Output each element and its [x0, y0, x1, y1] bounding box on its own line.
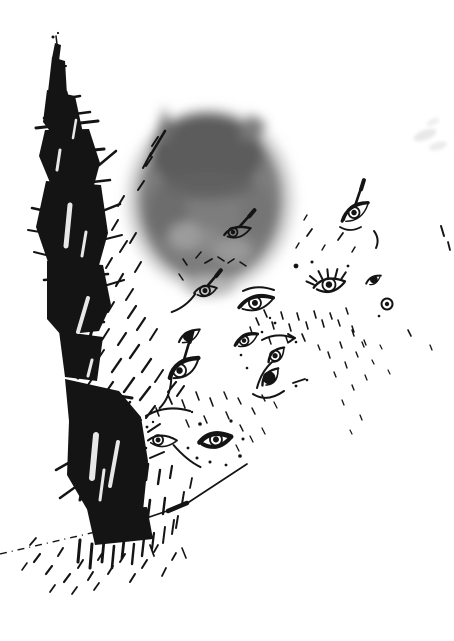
ink-speck	[311, 261, 314, 264]
ink-tick	[314, 311, 316, 318]
eye-wing-tip	[358, 180, 367, 189]
eye-iris	[370, 276, 378, 284]
tower-scribble	[56, 36, 57, 44]
ink-tick	[204, 416, 207, 423]
ink-speck	[52, 36, 55, 39]
eye-pupil	[251, 299, 258, 306]
ink-tick	[210, 398, 213, 406]
ink-tick	[334, 372, 336, 377]
ink-tick	[293, 379, 305, 383]
ink-speck	[225, 464, 228, 467]
scanned-illustration-page	[0, 0, 454, 641]
ink-tick	[430, 345, 432, 350]
ink-speck	[209, 461, 212, 464]
eye-sketch	[365, 274, 383, 286]
ink-tick	[128, 306, 136, 318]
ink-tick	[352, 385, 354, 390]
ink-speck	[347, 265, 350, 268]
ink-tick	[269, 338, 271, 344]
ink-speck	[229, 419, 232, 422]
ink-tick	[170, 466, 172, 478]
ink-tick	[296, 243, 299, 248]
eye-pupil	[325, 281, 332, 288]
ink-speck	[146, 426, 149, 429]
ink-tick	[441, 226, 444, 236]
ink-tick	[158, 470, 160, 484]
ink-tick	[340, 342, 342, 348]
faint-smudge	[412, 126, 438, 144]
blob-shade	[241, 186, 273, 238]
eye-spike-lash	[341, 272, 347, 278]
stray-curve	[374, 231, 378, 248]
ink-speck	[269, 317, 271, 319]
ink-tick	[102, 329, 109, 340]
ink-tick	[186, 420, 189, 427]
ink-tick	[58, 548, 63, 556]
tower-scribble	[148, 424, 160, 432]
eye-spike-lash	[327, 269, 328, 277]
ink-tick	[64, 574, 70, 582]
faint-smudge	[428, 140, 447, 152]
eye-spike-lash	[306, 281, 313, 286]
ink-tick	[182, 400, 185, 408]
ink-tick	[148, 500, 150, 516]
tower-scribble	[98, 151, 116, 166]
ink-speck	[295, 385, 298, 388]
ink-tick	[274, 402, 277, 408]
eye-sketch	[305, 267, 347, 294]
ink-tick	[132, 544, 134, 564]
ink-tower	[28, 36, 164, 545]
eye-lower-lid	[172, 359, 203, 382]
horizon-solid-segment	[186, 464, 247, 504]
ink-tick	[172, 520, 174, 534]
eye-pupil	[155, 437, 160, 442]
ink-tick	[135, 262, 141, 272]
tower-scribble	[60, 488, 74, 498]
ink-speck	[246, 367, 249, 370]
tower-gap	[92, 435, 96, 478]
ink-tick	[342, 400, 344, 405]
ink-tick	[88, 572, 93, 580]
stray-curve	[262, 335, 293, 340]
faint-smudge	[425, 116, 440, 127]
ink-tick	[131, 462, 133, 478]
ink-tick	[142, 538, 144, 556]
ink-speck	[196, 457, 199, 460]
eye-sketch	[330, 180, 379, 225]
ink-tick	[112, 220, 118, 230]
eye-curl-stroke	[170, 294, 196, 312]
ink-tick	[94, 583, 99, 590]
ink-speck	[240, 354, 243, 357]
eye-sketch	[135, 331, 218, 408]
eye-pupil	[385, 302, 389, 306]
tower-scribble	[104, 280, 124, 286]
stray-curve	[243, 287, 274, 291]
ink-speck	[187, 447, 190, 450]
ink-tick	[224, 392, 227, 399]
stray-curve	[253, 391, 284, 398]
ink-tick	[362, 342, 364, 347]
ink-tick	[350, 430, 352, 434]
ink-tick	[408, 330, 411, 336]
ink-tick	[102, 540, 104, 562]
ink-drawing-canvas	[0, 0, 454, 641]
ink-tick	[120, 241, 127, 252]
ink-tick	[154, 545, 158, 552]
ink-tick	[140, 387, 150, 400]
eye-sketch	[382, 299, 393, 310]
ink-speck	[274, 322, 277, 325]
ink-tick	[142, 359, 151, 372]
ink-tick	[256, 318, 259, 325]
ink-tick	[302, 334, 305, 341]
tower-scribble	[150, 452, 164, 458]
ink-tick	[380, 345, 382, 349]
ink-tick	[252, 408, 255, 414]
ink-tick	[162, 568, 166, 576]
ink-tick	[112, 359, 121, 372]
ink-tick	[72, 587, 77, 594]
ink-tick	[126, 289, 133, 300]
ink-tick	[322, 245, 325, 250]
ink-tick	[177, 386, 184, 396]
ink-tick	[226, 412, 229, 419]
ink-tick	[286, 337, 288, 343]
ink-tick	[262, 428, 265, 434]
ink-tick	[142, 560, 147, 568]
ink-tick	[297, 313, 299, 320]
ink-tick	[328, 352, 330, 358]
ink-tick	[304, 215, 307, 220]
ink-tick	[448, 242, 450, 250]
eye-sketch	[265, 345, 289, 366]
ink-tick	[330, 313, 332, 319]
ink-tick	[240, 425, 243, 431]
ink-speck	[378, 315, 381, 318]
ink-tick	[163, 527, 165, 543]
ink-tick	[345, 362, 347, 368]
ink-speck	[191, 411, 193, 413]
ink-tick	[318, 345, 320, 350]
ink-tick	[338, 233, 343, 240]
stray-curve	[340, 227, 361, 230]
eye-sketch	[199, 430, 233, 448]
ink-tick	[196, 392, 199, 400]
horizon-solid-segment	[168, 503, 187, 511]
eye-pupil	[213, 436, 220, 443]
eye-sketch	[237, 291, 276, 313]
ink-tick	[388, 370, 390, 374]
ink-tick	[176, 516, 178, 528]
ink-tick	[338, 320, 340, 326]
ink-tick	[150, 329, 157, 340]
ink-tick	[130, 345, 139, 358]
ink-speck	[242, 438, 245, 441]
ink-speck	[152, 421, 154, 423]
ink-tick	[236, 445, 239, 451]
ink-tick	[112, 546, 114, 568]
blob-shade	[197, 227, 221, 253]
ink-tick	[346, 308, 348, 314]
ink-tick	[118, 333, 126, 345]
ink-speck	[261, 331, 264, 334]
tower-mass	[48, 57, 67, 95]
eye-lash-bold	[237, 291, 275, 308]
ink-tick	[78, 540, 80, 562]
ink-tick	[34, 554, 40, 562]
ink-speck	[238, 454, 242, 458]
eye-spike-lash	[310, 275, 317, 282]
ink-tick	[130, 574, 135, 582]
ink-tick	[50, 585, 55, 592]
eye-spike-lash	[318, 271, 322, 279]
ink-tick	[22, 563, 27, 570]
ink-tick	[172, 553, 176, 560]
ink-tick	[289, 324, 291, 331]
ink-tick	[90, 544, 92, 568]
ink-tick	[182, 548, 186, 558]
ink-speck	[139, 432, 141, 434]
ink-tick	[46, 566, 52, 574]
faint-smudges-layer	[412, 116, 448, 152]
ink-tick	[352, 247, 355, 252]
eye-sketch	[146, 434, 204, 467]
ink-tick	[306, 322, 308, 329]
ink-tick	[365, 375, 367, 380]
ink-speck	[306, 379, 309, 382]
ink-tick	[322, 320, 324, 327]
ink-tick	[106, 258, 112, 268]
ink-tick	[307, 229, 312, 236]
ink-tick	[30, 538, 36, 545]
ink-speck	[294, 264, 299, 269]
ink-tick	[155, 370, 163, 382]
ink-tick	[190, 478, 192, 488]
ink-tick	[356, 352, 358, 357]
ink-speck	[57, 32, 59, 34]
ink-tick	[137, 318, 145, 330]
ink-tick	[364, 340, 366, 345]
ink-speck	[295, 341, 298, 344]
ink-tick	[372, 360, 374, 364]
ink-tick	[238, 398, 241, 404]
blurred-creature-head	[126, 106, 294, 297]
ink-tick	[250, 436, 253, 442]
eye-spike-lash	[334, 269, 338, 277]
ink-tick	[264, 310, 267, 317]
eye-sketch	[232, 329, 261, 350]
ink-tick	[124, 378, 134, 392]
ink-tick	[281, 312, 283, 319]
ink-tick	[360, 415, 362, 420]
ink-speck	[198, 422, 202, 426]
ink-tick	[122, 540, 124, 558]
